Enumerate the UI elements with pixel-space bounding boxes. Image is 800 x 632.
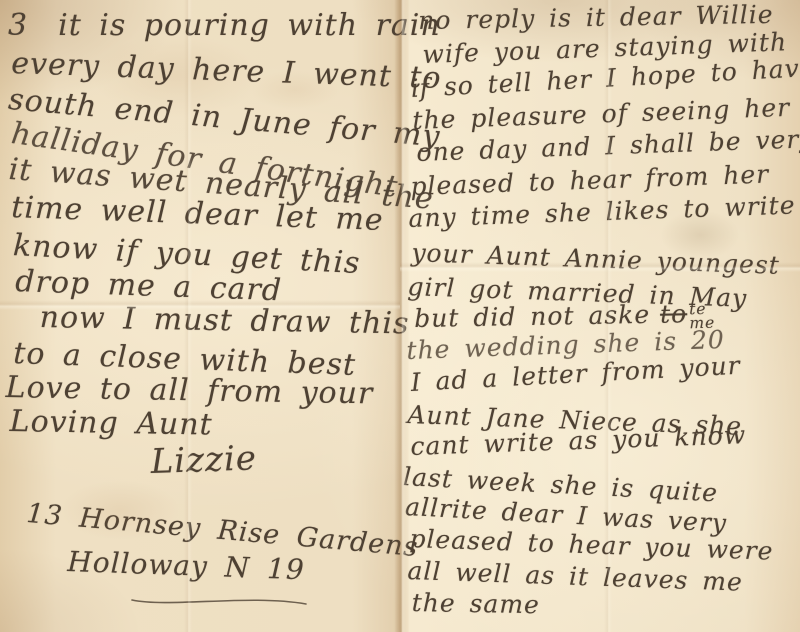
letter-line: the same: [411, 588, 540, 619]
page-number: 3: [8, 8, 28, 43]
letter-line: Loving Aunt: [9, 404, 213, 443]
letter-line: Holloway N 19: [67, 545, 305, 586]
letter-page-right: no reply is it dear Williewife you are s…: [400, 0, 800, 632]
letter-line: 3it is pouring with rain: [8, 8, 441, 43]
letter-line: now I must draw this: [39, 300, 409, 341]
underline-flourish-icon: [130, 592, 310, 614]
letter-line-text: it is pouring with rain: [58, 8, 441, 43]
letter-scan: 3it is pouring with rainevery day here I…: [0, 0, 800, 632]
letter-line: Lizzie: [150, 438, 258, 482]
letter-page-left: 3it is pouring with rainevery day here I…: [0, 0, 400, 632]
crossed-out-word: to: [660, 299, 688, 328]
